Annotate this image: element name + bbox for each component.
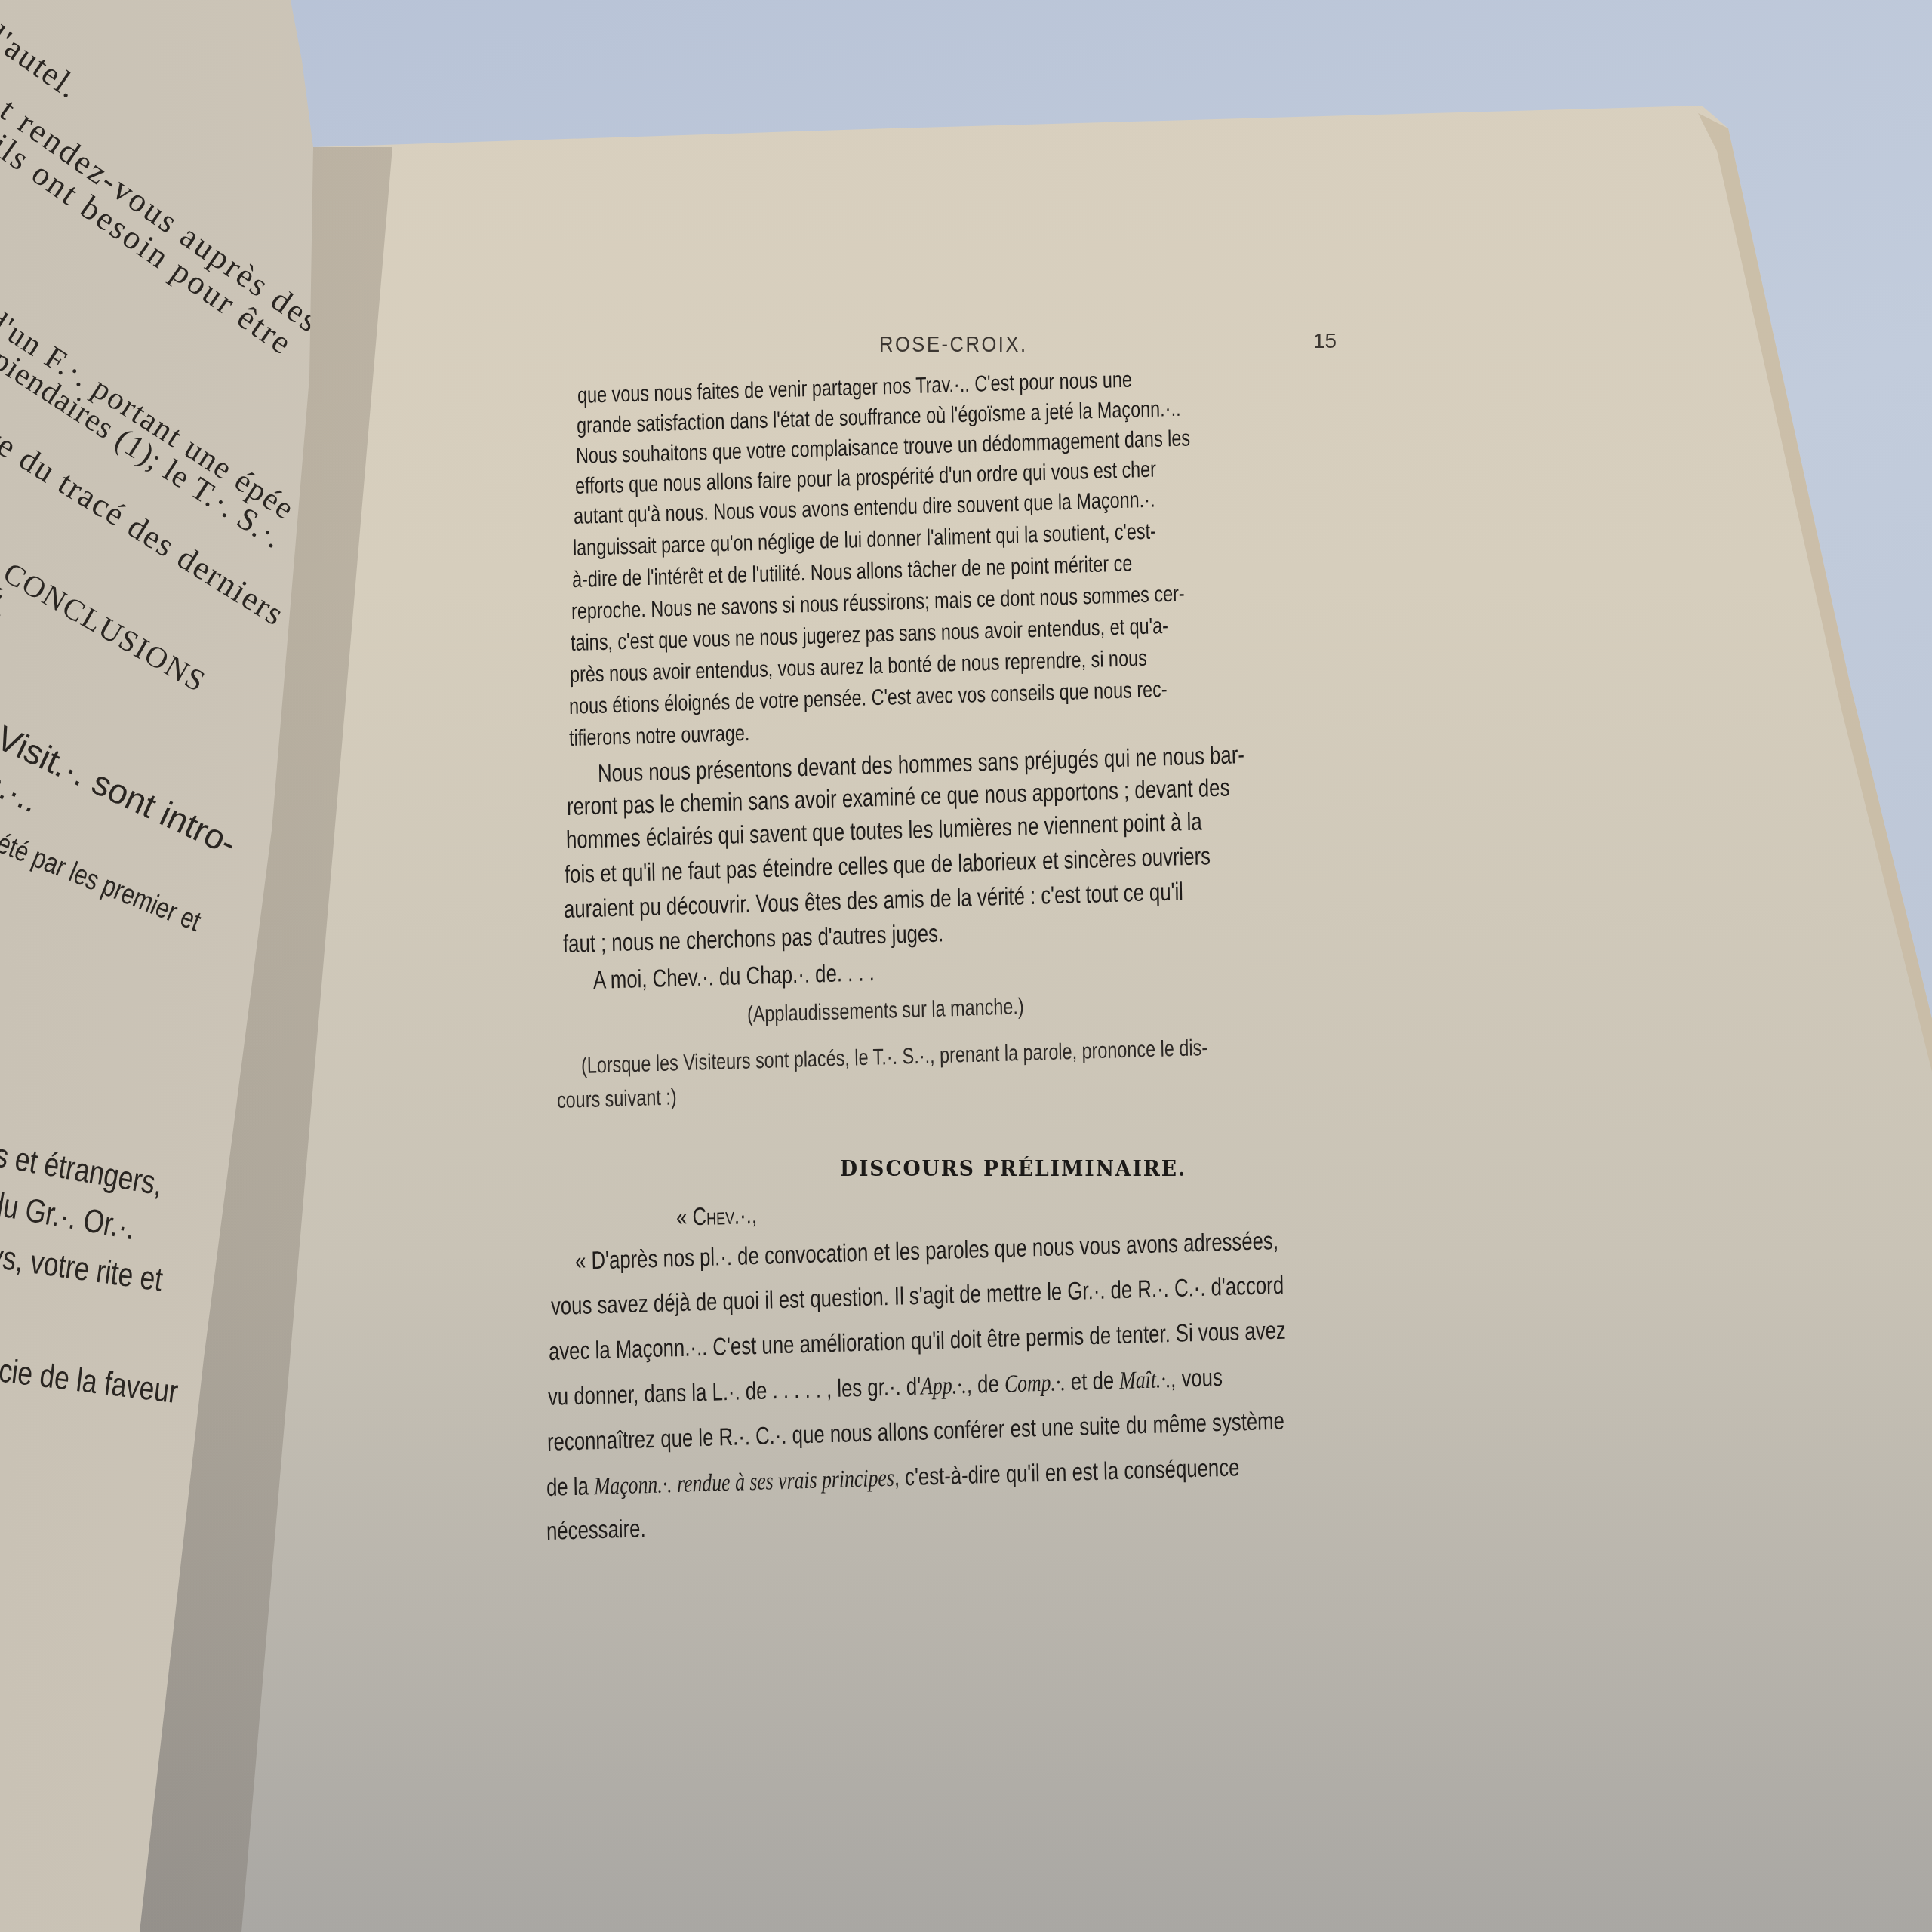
italic-run: App.·. xyxy=(921,1372,967,1401)
right-page-text: ROSE-CROIX. 15 que vous nous faites de v… xyxy=(0,0,1932,1932)
italic-run: Comp.·. xyxy=(1004,1369,1066,1398)
italic-run: Maît.·. xyxy=(1119,1366,1171,1395)
text-run: de la xyxy=(546,1472,595,1501)
text-run: , c'est-à-dire qu'il en est la conséquen… xyxy=(894,1453,1239,1491)
text-run: et de xyxy=(1065,1366,1119,1395)
text-line: avec la Maçonn.·.. C'est une amélioratio… xyxy=(549,1316,1286,1366)
text-line: reconnaîtrez que le R.·. C.·. que nous a… xyxy=(547,1407,1285,1457)
text-run: , vous xyxy=(1171,1363,1223,1392)
section-title: DISCOURS PRÉLIMINAIRE. xyxy=(840,1156,1186,1181)
page-number: 15 xyxy=(1313,329,1337,353)
stage-direction: (Applaudissements sur la manche.) xyxy=(747,994,1024,1028)
text-line: vous savez déjà de quoi il est question.… xyxy=(551,1271,1284,1321)
text-line: « D'après nos pl.·. de convocation et le… xyxy=(575,1226,1279,1275)
running-head: ROSE-CROIX. xyxy=(879,332,1028,358)
stage-direction: (Lorsque les Visiteurs sont placés, le T… xyxy=(581,1035,1208,1079)
text-line: nécessaire. xyxy=(546,1514,646,1546)
text-run: vu donner, dans la L.·. de . . . . . , l… xyxy=(548,1372,921,1411)
stage-direction: cours suivant :) xyxy=(557,1084,677,1114)
text-line: faut ; nous ne cherchons pas d'autres ju… xyxy=(563,918,944,958)
text-line: vu donner, dans la L.·. de . . . . . , l… xyxy=(548,1363,1223,1412)
text-line: de la Maçonn.·. rendue à ses vrais princ… xyxy=(546,1453,1240,1503)
call-line: A moi, Chev.·. du Chap.·. de. . . . xyxy=(593,958,875,995)
text-line: tifierons notre ouvrage. xyxy=(569,721,750,752)
italic-run: Maçonn.·. rendue à ses vrais principes xyxy=(594,1465,894,1501)
text-run: , de xyxy=(967,1369,1005,1398)
salutation: « Chev.·., xyxy=(676,1201,758,1232)
